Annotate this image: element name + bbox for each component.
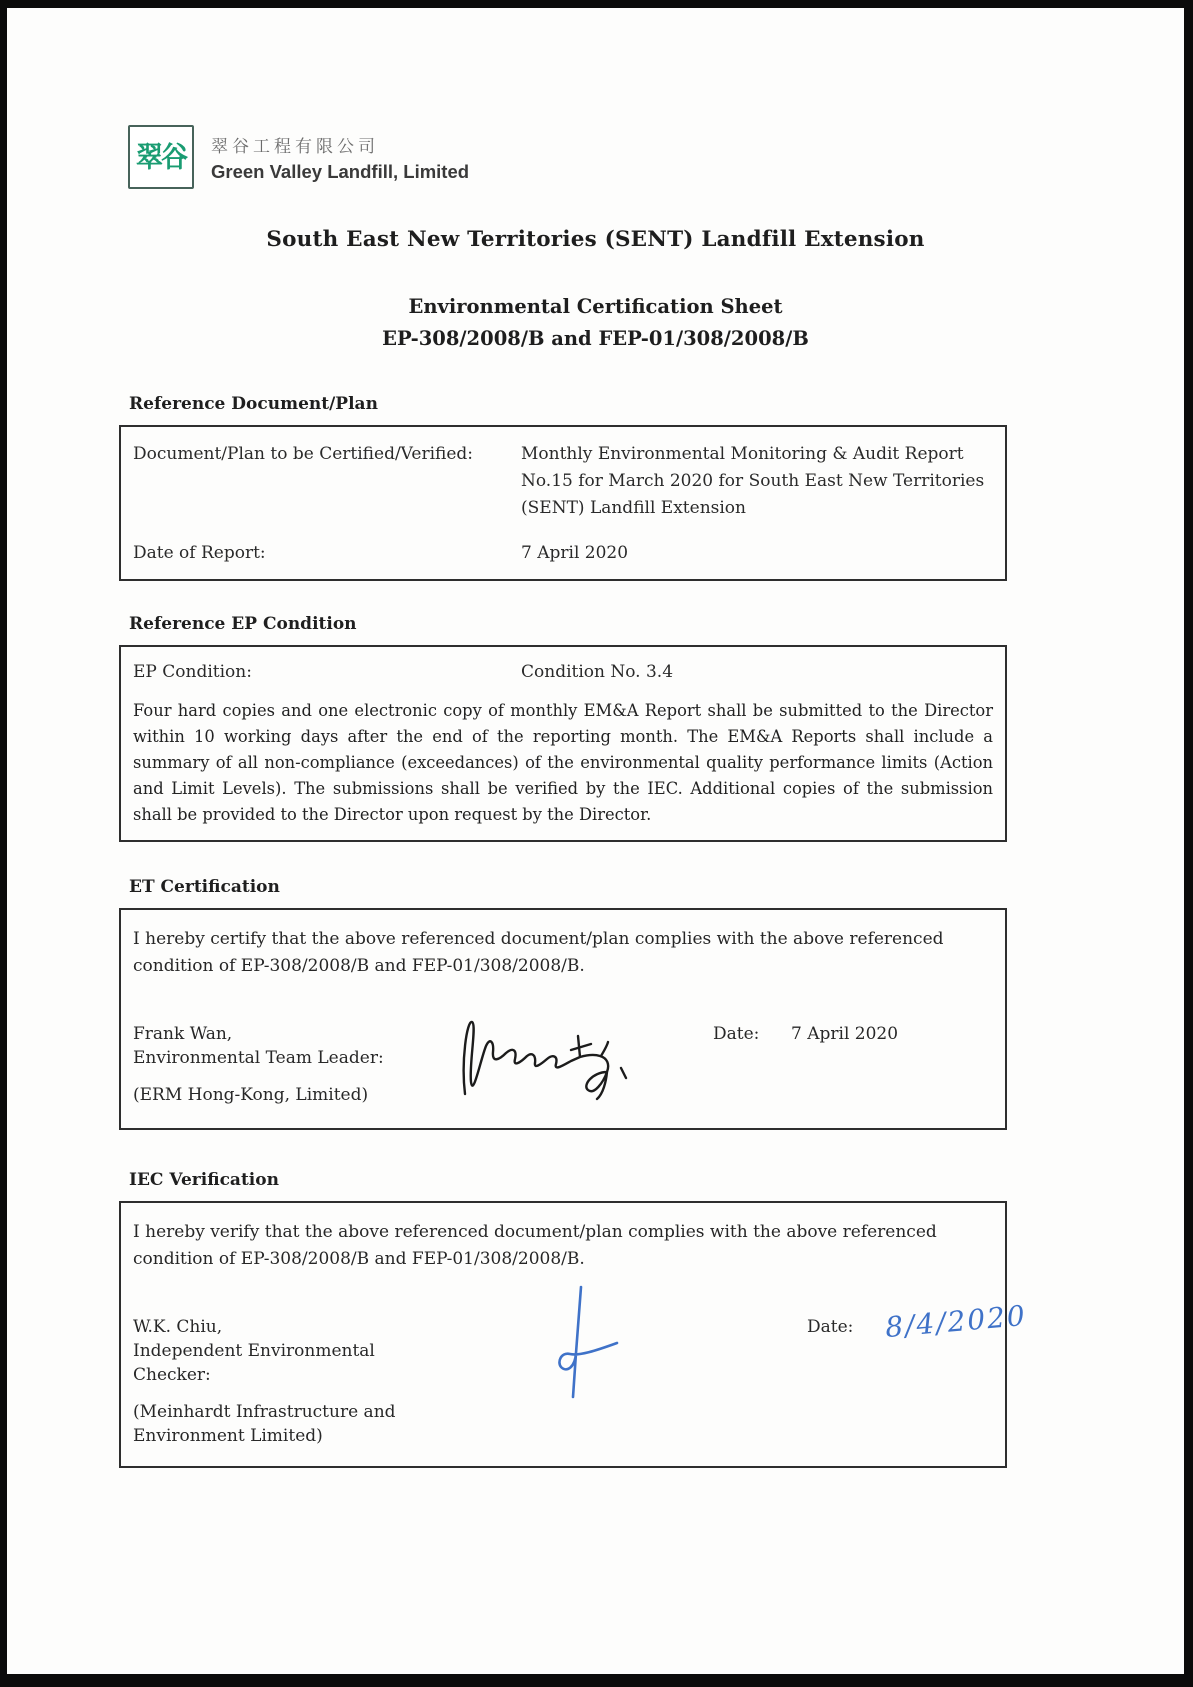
iec-date-label: Date:	[807, 1317, 885, 1337]
et-signer-role: Environmental Team Leader:	[133, 1046, 451, 1070]
ep-condition-paragraph: Four hard copies and one electronic copy…	[133, 698, 993, 828]
iec-date-area: Date: 8/4/2020	[807, 1315, 1027, 1338]
et-signature-image	[451, 1006, 713, 1110]
document-plan-label: Document/Plan to be Certified/Verified:	[133, 441, 521, 522]
iec-signer-organisation-line1: (Meinhardt Infrastructure and	[133, 1400, 451, 1424]
table-row: Date of Report: 7 April 2020	[133, 540, 993, 567]
certification-sheet-page: 翠谷 翠谷工程有限公司 Green Valley Landfill, Limit…	[0, 0, 1193, 1687]
iec-date-handwritten-value: 8/4/2020	[884, 1299, 1028, 1344]
subtitle-sheet-name: Environmental Certification Sheet	[7, 295, 1184, 318]
iec-signer-role: Independent Environmental Checker:	[133, 1339, 451, 1387]
logo-glyphs: 翠谷	[136, 143, 186, 171]
section-heading-iec-verification: IEC Verification	[129, 1170, 1007, 1190]
document-plan-value: Monthly Environmental Monitoring & Audit…	[521, 441, 993, 522]
et-certification-statement: I hereby certify that the above referenc…	[133, 926, 991, 980]
et-date-area: Date: 7 April 2020	[713, 1022, 991, 1044]
et-signer-organisation: (ERM Hong-Kong, Limited)	[133, 1083, 451, 1107]
section-heading-et-certification: ET Certification	[129, 877, 1007, 897]
iec-signer-organisation-line2: Environment Limited)	[133, 1424, 451, 1448]
company-header: 翠谷 翠谷工程有限公司 Green Valley Landfill, Limit…	[128, 125, 469, 189]
et-date-value: 7 April 2020	[791, 1024, 898, 1044]
iec-verification-statement: I hereby verify that the above reference…	[133, 1219, 991, 1273]
section-heading-reference-document: Reference Document/Plan	[129, 394, 1007, 414]
company-name-chinese: 翠谷工程有限公司	[211, 132, 469, 157]
table-row: EP Condition: Condition No. 3.4	[133, 659, 993, 686]
iec-verification-box: I hereby verify that the above reference…	[119, 1201, 1007, 1468]
company-name-english: Green Valley Landfill, Limited	[211, 161, 469, 183]
document-title: South East New Territories (SENT) Landfi…	[7, 227, 1184, 252]
table-row: Document/Plan to be Certified/Verified: …	[133, 441, 993, 522]
et-date-label: Date:	[713, 1024, 791, 1044]
document-subtitle: Environmental Certification Sheet EP-308…	[7, 295, 1184, 350]
ep-condition-label: EP Condition:	[133, 659, 521, 686]
date-of-report-value: 7 April 2020	[521, 540, 993, 567]
company-name-block: 翠谷工程有限公司 Green Valley Landfill, Limited	[211, 132, 469, 183]
et-signer-block: Frank Wan, Environmental Team Leader: (E…	[133, 1022, 451, 1107]
ep-condition-value: Condition No. 3.4	[521, 659, 993, 686]
et-signature-row: Frank Wan, Environmental Team Leader: (E…	[133, 1022, 991, 1110]
green-valley-logo-icon: 翠谷	[128, 125, 194, 189]
iec-signer-name: W.K. Chiu,	[133, 1315, 451, 1339]
iec-signer-block: W.K. Chiu, Independent Environmental Che…	[133, 1315, 451, 1448]
iec-signature-row: W.K. Chiu, Independent Environmental Che…	[133, 1315, 991, 1448]
et-signer-name: Frank Wan,	[133, 1022, 451, 1046]
iec-signature-image	[545, 1281, 807, 1405]
ep-condition-box: EP Condition: Condition No. 3.4 Four har…	[119, 645, 1007, 842]
section-heading-reference-ep-condition: Reference EP Condition	[129, 614, 1007, 634]
reference-document-box: Document/Plan to be Certified/Verified: …	[119, 425, 1007, 581]
main-content: Reference Document/Plan Document/Plan to…	[119, 394, 1007, 1468]
subtitle-permit-numbers: EP-308/2008/B and FEP-01/308/2008/B	[7, 327, 1184, 350]
date-of-report-label: Date of Report:	[133, 540, 521, 567]
et-certification-box: I hereby certify that the above referenc…	[119, 908, 1007, 1130]
